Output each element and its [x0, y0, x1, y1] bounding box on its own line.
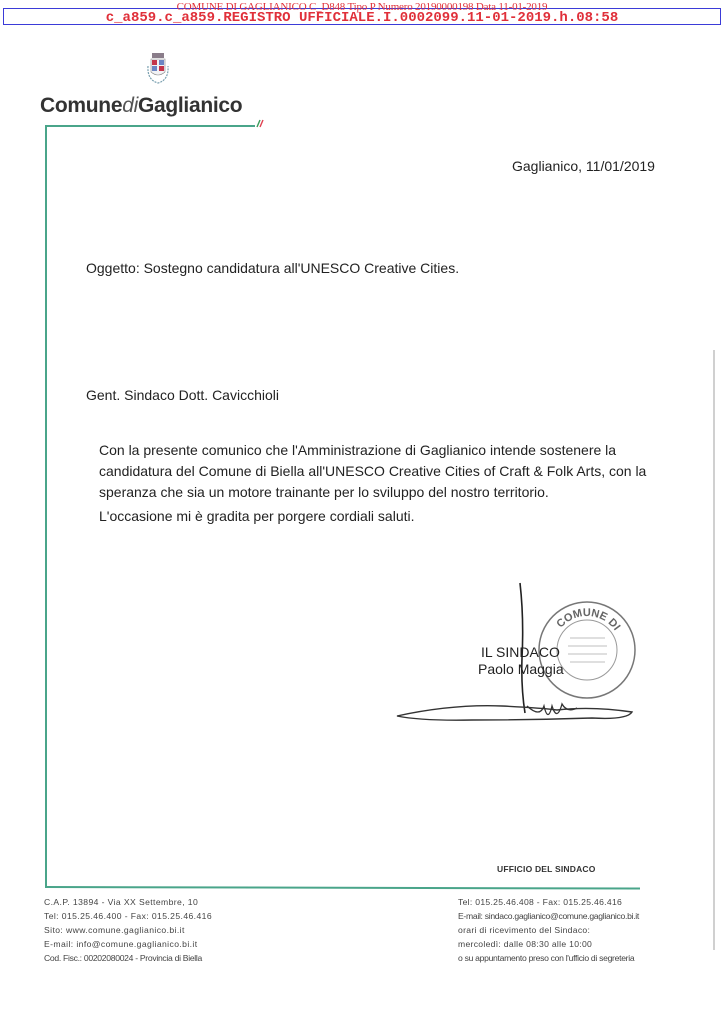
closing-line: L'occasione mi è gradita per porgere cor…	[99, 508, 415, 524]
footer-mayor-email: E-mail: sindaco.gaglianico@comune.gaglia…	[458, 909, 639, 923]
footer-contacts-right: Tel: 015.25.46.408 - Fax: 015.25.46.416 …	[458, 895, 639, 965]
footer-tax-code: Cod. Fisc.: 00202080024 - Provincia di B…	[44, 951, 212, 965]
frame-bottom-line	[45, 886, 640, 890]
frame-left-line	[45, 125, 47, 888]
footer-contacts-left: C.A.P. 13894 - Via XX Settembre, 10 Tel:…	[44, 895, 212, 965]
municipal-crest-icon	[145, 52, 171, 90]
place-date: Gaglianico, 11/01/2019	[512, 158, 655, 174]
body-paragraph: Con la presente comunico che l'Amministr…	[99, 440, 669, 503]
municipality-logo: ComunediGaglianico	[40, 94, 242, 118]
signer-title: IL SINDACO	[481, 644, 560, 660]
footer-hours-label: orari di ricevimento del Sindaco:	[458, 923, 639, 937]
office-label: UFFICIO DEL SINDACO	[497, 864, 596, 874]
footer-phone: Tel: 015.25.46.400 - Fax: 015.25.46.416	[44, 909, 212, 923]
footer-appointment-note: o su appuntamento preso con l'ufficio di…	[458, 951, 639, 965]
signer-name: Paolo Maggia	[478, 661, 564, 677]
page-edge-shadow	[713, 350, 715, 950]
footer-hours: mercoledì: dalle 08:30 alle 10:00	[458, 937, 639, 951]
italian-flag-icon	[255, 118, 265, 128]
footer-website: Sito: www.comune.gaglianico.bi.it	[44, 923, 212, 937]
footer-email: E-mail: info@comune.gaglianico.bi.it	[44, 937, 212, 951]
subject-line: Oggetto: Sostegno candidatura all'UNESCO…	[86, 260, 459, 276]
footer-mayor-phone: Tel: 015.25.46.408 - Fax: 015.25.46.416	[458, 895, 639, 909]
footer-address: C.A.P. 13894 - Via XX Settembre, 10	[44, 895, 212, 909]
greeting: Gent. Sindaco Dott. Cavicchioli	[86, 387, 279, 403]
protocol-stamp-line2: c_a859.c_a859.REGISTRO UFFICIALE.I.00020…	[0, 10, 724, 26]
frame-top-line	[45, 125, 255, 127]
